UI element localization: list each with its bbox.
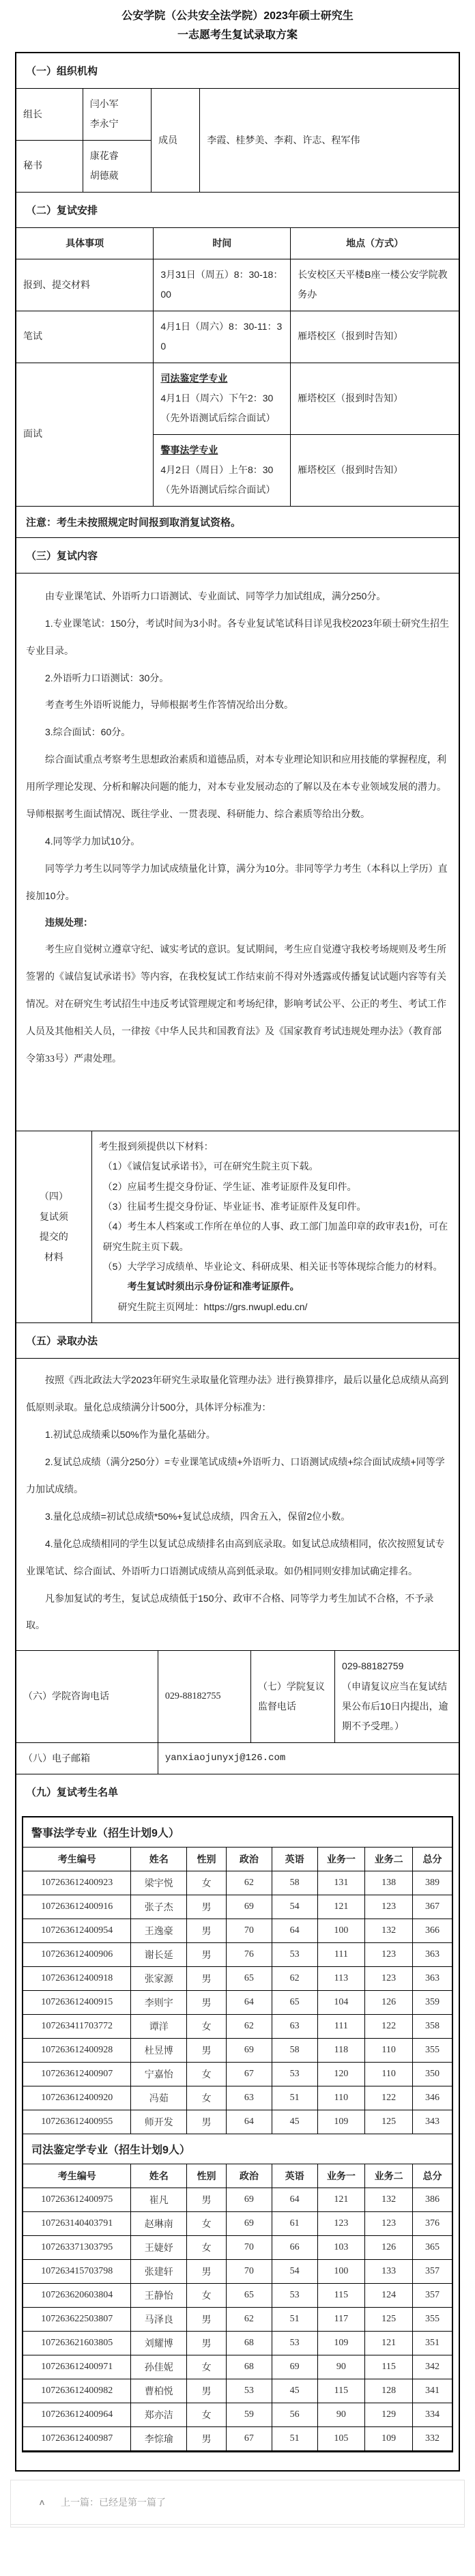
page-title: 公安学院（公共安全法学院）2023年硕士研究生 一志愿考生复试录取方案 [0,0,475,49]
cell: 张建轩 [131,2260,187,2284]
table-row: 107263612400918张家源男6562113123363 [23,1967,452,1991]
table-row: 107263612400982曹柏悦男5345115128341 [23,2379,452,2403]
phone-label: （六）学院咨询电话 [16,1651,158,1742]
review-label: （七）学院复议监督电话 [250,1651,334,1742]
cell: 107263612400975 [23,2188,131,2212]
violation-text: 考生应自觉树立遵章守纪、诚实考试的意识。复试期间，考生应自觉遵守我校考场规则及考… [26,937,449,1126]
cell: 341 [413,2379,452,2403]
cell: 男 [187,2110,227,2134]
cell: 女 [187,2015,227,2039]
schedule-place: 长安校区天平楼B座一楼公安学院教务办 [291,259,459,311]
cell: 62 [226,2015,272,2039]
cell: 110 [365,2063,413,2086]
section-heading-schedule: （二）复试安排 [16,193,459,228]
cell: 61 [272,2212,317,2236]
content-paragraph: 考查考生外语听说能力，导师根据考生作答情况给出分数。 [26,692,449,719]
cell: 70 [226,2236,272,2260]
email-value: yanxiaojunyxj@126.com [158,1743,459,1774]
roster-title-forensic: 司法鉴定学专业（招生计划9人） [23,2134,452,2164]
cell: 90 [317,2403,365,2427]
cell: 351 [413,2332,452,2355]
cell: 128 [365,2379,413,2403]
cell: 107263621603805 [23,2332,131,2355]
org-member-label: 成员 [152,89,200,192]
cell: 115 [317,2284,365,2308]
cell: 104 [317,1991,365,2015]
cell: 386 [413,2188,452,2212]
column-header: 总分 [413,1848,452,1871]
cell: 132 [365,1919,413,1943]
cell: 107263612400954 [23,1919,131,1943]
cell: 53 [272,2332,317,2355]
cell: 107263612400982 [23,2379,131,2403]
cell: 女 [187,2212,227,2236]
table-row: 107263612400971孙佳妮女686990115342 [23,2355,452,2379]
cell: 王静怡 [131,2284,187,2308]
cell: 女 [187,2236,227,2260]
cell: 孙佳妮 [131,2355,187,2379]
cell: 115 [365,2355,413,2379]
cell: 64 [226,1991,272,2015]
cell: 90 [317,2355,365,2379]
table-row: （四） 复试须 提交的 材料 考生报到须提供以下材料： （1）《诚信复试承诺书》… [16,1131,459,1323]
cell: 66 [272,2236,317,2260]
cell: 100 [317,1919,365,1943]
schedule-header-item: 具体事项 [16,228,154,259]
admission-paragraph: 按照《西北政法大学2023年研究生录取量化管理办法》进行换算排序，最后以量化总成… [26,1367,449,1421]
table-row: 107263612400955师开发男6445109125343 [23,2110,452,2134]
cell: 宁嘉怡 [131,2063,187,2086]
column-header: 英语 [272,2164,317,2188]
org-secretary-names: 康花睿 胡德葳 [83,140,151,192]
cell: 100 [317,2260,365,2284]
org-secretary-label: 秘书 [16,140,83,192]
schedule-item: 报到、提交材料 [16,259,154,311]
cell: 376 [413,2212,452,2236]
cell: 122 [365,2086,413,2110]
cell: 赵琳南 [131,2212,187,2236]
cell: 107263612400971 [23,2355,131,2379]
cell: 68 [226,2332,272,2355]
cell: 103 [317,2236,365,2260]
cell: 111 [317,2015,365,2039]
homepage-label: 研究生院主页网址： [118,1301,204,1312]
specialty-title: 司法鉴定学专业 [160,369,283,388]
table-row: 107263411703772谭洋女6263111122358 [23,2015,452,2039]
cell: 107263622503807 [23,2308,131,2332]
cell: 107263612400918 [23,1967,131,1991]
cell: 76 [226,1943,272,1967]
materials-homepage: 研究生院主页网址：https://grs.nwupl.edu.cn/ [99,1297,452,1317]
cell: 冯茹 [131,2086,187,2110]
table-row: 107263612400907宁嘉怡女6753120110350 [23,2063,452,2086]
content-paragraph: 2.外语听力口语测试：30分。 [26,665,449,692]
roster-table-forensic: 考生编号姓名性别政治英语业务一业务二总分107263612400975崔凡男69… [23,2164,452,2451]
cell: 51 [272,2086,317,2110]
table-row: 具体事项 时间 地点（方式） [16,228,459,259]
cell: 马泽良 [131,2308,187,2332]
content-paragraph: 3.综合面试：60分。 [26,719,449,746]
cell: 121 [365,2332,413,2355]
materials-note: 考生复试时须出示身份证和准考证原件。 [99,1277,452,1297]
cell: 郑亦洁 [131,2403,187,2427]
schedule-table: 具体事项 时间 地点（方式） 报到、提交材料 3月31日（周五）8：30-18：… [16,228,459,507]
org-table: 组长 闫小军 李永宁 成员 李霞、桂梦美、李莉、许志、程军伟 秘书 康花睿 胡德… [16,89,459,193]
cell: 117 [317,2308,365,2332]
cell: 谢长延 [131,1943,187,1967]
cell: 53 [272,2063,317,2086]
table-row: 107263415703798张建轩男7054100133357 [23,2260,452,2284]
org-leader-names: 闫小军 李永宁 [83,89,151,140]
table-row: 107263371303795王婕妤女7066103126365 [23,2236,452,2260]
cell: 107263140403791 [23,2212,131,2236]
table-row: 107263621603805刘耀博男6853109121351 [23,2332,452,2355]
cell: 113 [317,1967,365,1991]
cell: 64 [272,2188,317,2212]
cell: 69 [226,2188,272,2212]
cell: 70 [226,2260,272,2284]
materials-table: （四） 复试须 提交的 材料 考生报到须提供以下材料： （1）《诚信复试承诺书》… [16,1131,459,1324]
cell: 54 [272,2260,317,2284]
cell: 64 [272,1919,317,1943]
cell: 女 [187,2284,227,2308]
cell: 梁宇悦 [131,1871,187,1895]
cell: 男 [187,2427,227,2451]
cell: 张子杰 [131,1895,187,1919]
table-row: 107263612400928杜昱博男6958118110355 [23,2039,452,2063]
materials-intro: 考生报到须提供以下材料： [99,1137,452,1157]
materials-item: （1）《诚信复试承诺书》，可在研究生院主页下载。 [99,1157,452,1176]
cell: 110 [365,2039,413,2063]
org-leader-label: 组长 [16,89,83,140]
schedule-place-interview-1: 雁塔校区（报到时告知） [291,363,459,434]
admission-cell: 按照《西北政法大学2023年研究生录取量化管理办法》进行换算排序，最后以量化总成… [16,1359,459,1651]
cell: 120 [317,2063,365,2086]
cell: 131 [317,1871,365,1895]
column-header: 业务一 [317,1848,365,1871]
roster-table-police-law: 考生编号姓名性别政治英语业务一业务二总分107263612400923梁宇悦女6… [23,1848,452,2134]
cell: 女 [187,1871,227,1895]
column-header: 业务二 [365,1848,413,1871]
cell: 女 [187,2063,227,2086]
cell: 刘耀博 [131,2332,187,2355]
cell: 69 [272,2355,317,2379]
table-row: 107263612400923梁宇悦女6258131138389 [23,1871,452,1895]
schedule-time-interview-2: 警事法学专业 4月2日（周日）上午8：30（先外语测试后综合面试） [154,434,291,506]
cell: 107263612400916 [23,1895,131,1919]
schedule-header-time: 时间 [154,228,291,259]
cell: 129 [365,2403,413,2427]
table-row: 107263620603804王静怡女6553115124357 [23,2284,452,2308]
prev-article-label: 上一篇：已经是第一篇了 [61,2495,166,2509]
table-row: 报到、提交材料 3月31日（周五）8：30-18：00 长安校区天平楼B座一楼公… [16,259,459,311]
cell: 126 [365,2236,413,2260]
cell: 女 [187,2086,227,2110]
admission-paragraph: 2.复试总成绩（满分250分）=专业课笔试成绩+外语听力、口语测试成绩+综合面试… [26,1449,449,1503]
email-table: （八）电子邮箱 yanxiaojunyxj@126.com [16,1743,459,1774]
content-cell: 由专业课笔试、外语听力口语测试、专业面试、同等学力加试组成，满分250分。 1.… [16,574,459,1131]
table-row: 组长 闫小军 李永宁 成员 李霞、桂梦美、李莉、许志、程军伟 [16,89,459,140]
schedule-place-interview-2: 雁塔校区（报到时告知） [291,434,459,506]
schedule-note: 注意：考生未按照规定时间报到取消复试资格。 [16,507,459,538]
cell: 111 [317,1943,365,1967]
cell: 62 [226,2308,272,2332]
content-paragraph: 4.同等学力加试10分。 [26,828,449,855]
column-header: 总分 [413,2164,452,2188]
cell: 107263411703772 [23,2015,131,2039]
cell: 389 [413,1871,452,1895]
footer-nav: ∧ 上一篇：已经是第一篇了 [10,2480,465,2528]
org-member-names: 李霞、桂梦美、李莉、许志、程军伟 [200,89,459,192]
cell: 332 [413,2427,452,2451]
admission-paragraph: 凡参加复试的考生，复试总成绩低于150分、政审不合格、同等学力考生加试不合格，不… [26,1585,449,1640]
cell: 358 [413,2015,452,2039]
column-header: 政治 [226,1848,272,1871]
table-header-row: 考生编号姓名性别政治英语业务一业务二总分 [23,2164,452,2188]
cell: 107263371303795 [23,2236,131,2260]
materials-item: （3）往届考生提交身份证、毕业证书、准考证原件及复印件。 [99,1197,452,1217]
cell: 355 [413,2308,452,2332]
materials-content: 考生报到须提供以下材料： （1）《诚信复试承诺书》，可在研究生院主页下载。 （2… [91,1131,459,1323]
page: 公安学院（公共安全法学院）2023年硕士研究生 一志愿考生复试录取方案 （一）组… [0,0,475,2528]
cell: 李悰瑜 [131,2427,187,2451]
cell: 105 [317,2427,365,2451]
table-row: 107263140403791赵琳南女6961123123376 [23,2212,452,2236]
cell: 男 [187,1991,227,2015]
cell: 李则宇 [131,1991,187,2015]
materials-item: （4）考生本人档案或工作所在单位的人事、政工部门加盖印章的政审表1份，可在研究生… [99,1217,452,1257]
content-paragraph: 由专业课笔试、外语听力口语测试、专业面试、同等学力加试组成，满分250分。 [26,583,449,610]
cell: 63 [226,2086,272,2110]
cell: 122 [365,2015,413,2039]
cell: 107263612400928 [23,2039,131,2063]
cell: 107263612400906 [23,1943,131,1967]
table-row: 107263612400964郑亦洁女595690129334 [23,2403,452,2427]
roster-wrap: 警事法学专业（招生计划9人） 考生编号姓名性别政治英语业务一业务二总分10726… [22,1816,453,2452]
section-heading-org: （一）组织机构 [16,53,459,89]
cell: 138 [365,1871,413,1895]
cell: 107263612400920 [23,2086,131,2110]
schedule-place: 雁塔校区（报到时告知） [291,311,459,363]
document-table: （一）组织机构 组长 闫小军 李永宁 成员 李霞、桂梦美、李莉、许志、程军伟 秘… [15,52,460,2472]
cell: 64 [226,2110,272,2134]
cell: 69 [226,1895,272,1919]
content-paragraph: 1.专业课笔试：150分，考试时间为3小时。各专业复试笔试科目详见我校2023年… [26,610,449,665]
cell: 67 [226,2427,272,2451]
cell: 女 [187,2355,227,2379]
cell: 123 [365,1895,413,1919]
contacts-table: （六）学院咨询电话 029-88182755 （七）学院复议监督电话 029-8… [16,1651,459,1743]
cell: 107263612400964 [23,2403,131,2427]
column-header: 性别 [187,1848,227,1871]
cell: 367 [413,1895,452,1919]
cell: 133 [365,2260,413,2284]
section-heading-admission: （五）录取办法 [16,1323,459,1359]
cell: 张家源 [131,1967,187,1991]
cell: 363 [413,1967,452,1991]
table-row: 107263612400954王逸豪男7064100132366 [23,1919,452,1943]
specialty-time: 4月2日（周日）上午8：30（先外语测试后综合面试） [160,464,275,495]
cell: 男 [187,1943,227,1967]
cell: 男 [187,1967,227,1991]
cell: 357 [413,2260,452,2284]
cell: 115 [317,2379,365,2403]
schedule-time: 4月1日（周六）8：30-11：30 [154,311,291,363]
cell: 65 [226,1967,272,1991]
cell: 110 [317,2086,365,2110]
column-header: 业务二 [365,2164,413,2188]
cell: 365 [413,2236,452,2260]
section-heading-content: （三）复试内容 [16,538,459,574]
cell: 118 [317,2039,365,2063]
cell: 男 [187,2379,227,2403]
table-row: 107263612400906谢长延男7653111123363 [23,1943,452,1967]
admission-paragraph: 4.量化总成绩相同的学生以复试总成绩排名由高到底录取。如复试总成绩相同，依次按照… [26,1531,449,1585]
cell: 62 [226,1871,272,1895]
cell: 65 [272,1991,317,2015]
cell: 355 [413,2039,452,2063]
cell: 125 [365,2110,413,2134]
cell: 54 [272,1895,317,1919]
cell: 69 [226,2039,272,2063]
violation-label: 违规处理： [26,910,449,937]
column-header: 业务一 [317,2164,365,2188]
cell: 杜昱博 [131,2039,187,2063]
content-paragraph: 综合面试重点考察考生思想政治素质和道德品质，对本专业理论知识和应用技能的掌握程度… [26,746,449,828]
cell: 53 [226,2379,272,2403]
column-header: 英语 [272,1848,317,1871]
cell: 65 [226,2284,272,2308]
cell: 67 [226,2063,272,2086]
cell: 51 [272,2308,317,2332]
cell: 123 [365,1943,413,1967]
schedule-time: 3月31日（周五）8：30-18：00 [154,259,291,311]
cell: 107263612400923 [23,1871,131,1895]
specialty-time: 4月1日（周六）下午2：30（先外语测试后综合面试） [160,393,275,423]
cell: 346 [413,2086,452,2110]
materials-item: （5）大学学习成绩单、毕业论文、科研成果、相关证书等体现综合能力的材料。 [99,1257,452,1277]
cell: 男 [187,2039,227,2063]
cell: 62 [272,1967,317,1991]
table-row: 107263612400916张子杰男6954121123367 [23,1895,452,1919]
table-row: 107263612400915李则宇男6465104126359 [23,1991,452,2015]
cell: 王婕妤 [131,2236,187,2260]
cell: 女 [187,2403,227,2427]
title-line-1: 公安学院（公共安全法学院）2023年硕士研究生 [27,7,448,26]
column-header: 姓名 [131,2164,187,2188]
cell: 68 [226,2355,272,2379]
column-header: 考生编号 [23,1848,131,1871]
table-row: 笔试 4月1日（周六）8：30-11：30 雁塔校区（报到时告知） [16,311,459,363]
cell: 342 [413,2355,452,2379]
cell: 350 [413,2063,452,2086]
cell: 69 [226,2212,272,2236]
content-paragraph: 同等学力考生以同等学力加试成绩量化计算，满分为10分。非同等学力考生（本科以上学… [26,855,449,910]
cell: 男 [187,2260,227,2284]
section-heading-roster: （九）复试考生名单 [16,1774,459,1809]
table-row: 面试 司法鉴定学专业 4月1日（周六）下午2：30（先外语测试后综合面试） 雁塔… [16,363,459,434]
cell: 53 [272,1943,317,1967]
cell: 343 [413,2110,452,2134]
cell: 59 [226,2403,272,2427]
cell: 45 [272,2110,317,2134]
table-row: 107263612400975崔凡男6964121132386 [23,2188,452,2212]
cell: 51 [272,2427,317,2451]
column-header: 政治 [226,2164,272,2188]
table-row: 107263612400987李悰瑜男6751105109332 [23,2427,452,2451]
cell: 70 [226,1919,272,1943]
materials-label: （四） 复试须 提交的 材料 [16,1131,91,1323]
cell: 366 [413,1919,452,1943]
cell: 107263620603804 [23,2284,131,2308]
cell: 63 [272,2015,317,2039]
schedule-item: 笔试 [16,311,154,363]
table-row: （六）学院咨询电话 029-88182755 （七）学院复议监督电话 029-8… [16,1651,459,1742]
column-header: 姓名 [131,1848,187,1871]
chevron-up-icon: ∧ [38,2497,46,2507]
cell: 53 [272,2284,317,2308]
cell: 男 [187,2332,227,2355]
cell: 359 [413,1991,452,2015]
cell: 王逸豪 [131,1919,187,1943]
schedule-item-interview: 面试 [16,363,154,506]
next-article-row-cut [11,2525,464,2527]
cell: 曹柏悦 [131,2379,187,2403]
cell: 109 [365,2427,413,2451]
cell: 109 [317,2332,365,2355]
schedule-time-interview-1: 司法鉴定学专业 4月1日（周六）下午2：30（先外语测试后综合面试） [154,363,291,434]
cell: 107263612400915 [23,1991,131,2015]
cell: 123 [317,2212,365,2236]
cell: 363 [413,1943,452,1967]
prev-article-link[interactable]: ∧ 上一篇：已经是第一篇了 [11,2480,464,2525]
cell: 谭洋 [131,2015,187,2039]
phone-value: 029-88182755 [158,1651,250,1742]
cell: 124 [365,2284,413,2308]
column-header: 考生编号 [23,2164,131,2188]
table-row: 107263622503807马泽良男6251117125355 [23,2308,452,2332]
cell: 334 [413,2403,452,2427]
cell: 107263612400955 [23,2110,131,2134]
column-header: 性别 [187,2164,227,2188]
cell: 126 [365,1991,413,2015]
admission-paragraph: 3.量化总成绩=初试总成绩*50%+复试总成绩，四舍五入，保留2位小数。 [26,1503,449,1531]
table-row: 107263612400920冯茹女6351110122346 [23,2086,452,2110]
admission-paragraph: 1.初试总成绩乘以50%作为量化基础分。 [26,1421,449,1449]
cell: 男 [187,2188,227,2212]
table-header-row: 考生编号姓名性别政治英语业务一业务二总分 [23,1848,452,1871]
cell: 121 [317,2188,365,2212]
cell: 58 [272,2039,317,2063]
cell: 132 [365,2188,413,2212]
cell: 123 [365,1967,413,1991]
review-value: 029-88182759 （申请复议应当在复试结果公布后10日内提出，逾期不予受… [335,1651,459,1742]
cell: 107263612400987 [23,2427,131,2451]
table-row: （八）电子邮箱 yanxiaojunyxj@126.com [16,1743,459,1774]
cell: 121 [317,1895,365,1919]
cell: 357 [413,2284,452,2308]
cell: 125 [365,2308,413,2332]
schedule-header-place: 地点（方式） [291,228,459,259]
cell: 107263415703798 [23,2260,131,2284]
cell: 男 [187,1895,227,1919]
specialty-title: 警事法学专业 [160,440,283,460]
cell: 107263612400907 [23,2063,131,2086]
cell: 师开发 [131,2110,187,2134]
cell: 崔凡 [131,2188,187,2212]
cell: 56 [272,2403,317,2427]
cell: 58 [272,1871,317,1895]
